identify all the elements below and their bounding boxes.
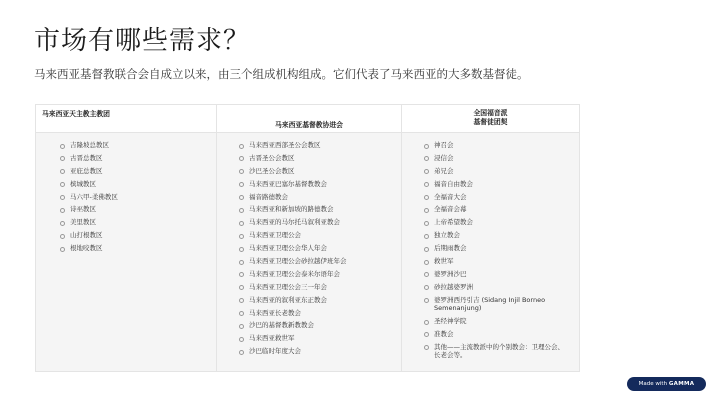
list-item: 沙巴的基督教新教教会 xyxy=(239,321,393,330)
list-item: 其他——主流教派中的个别教会：卫理公会、长老会等。 xyxy=(424,343,569,360)
list-item-label: 马来西亚卫理公会三一年会 xyxy=(249,283,327,291)
list-item-label: 吉隆坡总教区 xyxy=(70,141,109,149)
list-item-label: 马来西亚长老教会 xyxy=(249,309,301,317)
list-item-label: 马来西亚巴塞尔基督教教会 xyxy=(249,180,327,188)
bullet-icon xyxy=(239,195,244,200)
list-item: 救世军 xyxy=(424,257,569,266)
list-item: 婆罗洲西丹引吉 (Sidang Injil Borneo Semenanjung… xyxy=(424,296,569,313)
bullet-icon xyxy=(239,247,244,252)
list-item: 后期雨教会 xyxy=(424,244,569,253)
list-item-label: 马来西亚卫理公会 xyxy=(249,231,301,239)
list-item-label: 准教会 xyxy=(434,330,454,338)
list-item: 马来西亚卫理公会砂拉越伊班年会 xyxy=(239,257,393,266)
list-item-label: 诗巫教区 xyxy=(70,205,96,213)
bullet-icon xyxy=(424,332,429,337)
list-item: 马来西亚长老教会 xyxy=(239,309,393,318)
bullet-icon xyxy=(239,144,244,149)
bullet-icon xyxy=(60,208,65,213)
list-item-label: 弟兄会 xyxy=(434,167,454,175)
list-item-label: 马来西亚西部圣公会教区 xyxy=(249,141,321,149)
list-item-label: 沙巴临时年度大会 xyxy=(249,347,301,355)
list-item: 马来西亚巴塞尔基督教教会 xyxy=(239,180,393,189)
list-item-label: 神召会 xyxy=(434,141,454,149)
list-item-label: 亚庇总教区 xyxy=(70,167,103,175)
bullet-icon xyxy=(424,169,429,174)
bullet-icon xyxy=(424,345,429,350)
page-title: 市场有哪些需求？ xyxy=(34,24,250,58)
list-item: 浸信会 xyxy=(424,154,569,163)
list-item-label: 山打根教区 xyxy=(70,231,103,239)
bullet-icon xyxy=(239,182,244,187)
list-item-label: 马来西亚卫理公会砂拉越伊班年会 xyxy=(249,257,347,265)
necf-list: 神召会浸信会弟兄会福音自由教会全福音大会全福音会幕上帝希望教会独立教会后期雨教会… xyxy=(424,141,571,360)
bullet-icon xyxy=(424,221,429,226)
list-item: 马来西亚卫理公会三一年会 xyxy=(239,283,393,292)
list-item-label: 马来西亚的马尔托马叙利亚教会 xyxy=(249,218,340,226)
bullet-icon xyxy=(424,285,429,290)
list-item-label: 古晋圣公会教区 xyxy=(249,154,295,162)
badge-brand: GAMMA xyxy=(669,381,694,387)
list-item-label: 圣经神学院 xyxy=(434,317,467,325)
column-header-necf-line2: 基督徒团契 xyxy=(402,118,579,127)
list-item-label: 马来西亚救世军 xyxy=(249,334,295,342)
bullet-icon xyxy=(239,169,244,174)
bullet-icon xyxy=(239,221,244,226)
list-item: 福音自由教会 xyxy=(424,180,569,189)
list-item-label: 婆罗洲沙巴 xyxy=(434,270,467,278)
bullet-icon xyxy=(239,311,244,316)
list-item-label: 马来西亚卫理公会华人年会 xyxy=(249,244,327,252)
list-item-label: 马来西亚的叙利亚东正教会 xyxy=(249,296,327,304)
list-item: 沙巴临时年度大会 xyxy=(239,347,393,356)
bullet-icon xyxy=(239,272,244,277)
list-item-label: 美里教区 xyxy=(70,218,96,226)
list-item: 弟兄会 xyxy=(424,167,569,176)
list-item-label: 根地咬教区 xyxy=(70,244,103,252)
list-item: 古晋总教区 xyxy=(60,154,208,163)
made-with-gamma-badge[interactable]: Made with GAMMA xyxy=(627,377,706,391)
page-subtitle: 马来西亚基督教联合会自成立以来，由三个组成机构组成。它们代表了马来西亚的大多数基… xyxy=(34,66,529,82)
list-item: 山打根教区 xyxy=(60,231,208,240)
bullet-icon xyxy=(60,144,65,149)
list-item-label: 马来西亚卫理公会泰米尔语年会 xyxy=(249,270,340,278)
list-item: 独立教会 xyxy=(424,231,569,240)
list-item: 马来西亚西部圣公会教区 xyxy=(239,141,393,150)
bullet-icon xyxy=(60,234,65,239)
list-item: 槟城教区 xyxy=(60,180,208,189)
list-item-label: 上帝希望教会 xyxy=(434,218,473,226)
bullet-icon xyxy=(424,298,429,303)
list-item: 准教会 xyxy=(424,330,569,339)
list-item: 美里教区 xyxy=(60,218,208,227)
list-item-label: 其他——主流教派中的个别教会：卫理公会、长老会等。 xyxy=(434,343,564,360)
list-item: 婆罗洲沙巴 xyxy=(424,270,569,279)
bullet-icon xyxy=(424,247,429,252)
list-item-label: 沙巴的基督教新教教会 xyxy=(249,321,314,329)
list-item: 吉隆坡总教区 xyxy=(60,141,208,150)
list-item: 马来西亚卫理公会泰米尔语年会 xyxy=(239,270,393,279)
list-item: 诗巫教区 xyxy=(60,205,208,214)
list-item: 马来西亚的叙利亚东正教会 xyxy=(239,296,393,305)
bullet-icon xyxy=(239,298,244,303)
list-item: 福音路德教会 xyxy=(239,193,393,202)
bullet-icon xyxy=(424,234,429,239)
catholic-list: 吉隆坡总教区古晋总教区亚庇总教区槟城教区马六甲-柔佛教区诗巫教区美里教区山打根教… xyxy=(60,141,208,253)
list-item: 马来西亚卫理公会 xyxy=(239,231,393,240)
list-item: 古晋圣公会教区 xyxy=(239,154,393,163)
list-item-label: 福音自由教会 xyxy=(434,180,473,188)
column-header-necf-line1: 全国福音派 xyxy=(402,109,579,118)
bullet-icon xyxy=(239,324,244,329)
column-cell-catholic: 吉隆坡总教区古晋总教区亚庇总教区槟城教区马六甲-柔佛教区诗巫教区美里教区山打根教… xyxy=(36,133,216,371)
list-item: 上帝希望教会 xyxy=(424,218,569,227)
bullet-icon xyxy=(239,156,244,161)
bullet-icon xyxy=(239,208,244,213)
list-item-label: 古晋总教区 xyxy=(70,154,103,162)
bullet-icon xyxy=(239,285,244,290)
list-item: 神召会 xyxy=(424,141,569,150)
bullet-icon xyxy=(424,156,429,161)
list-item-label: 砂拉越婆罗洲 xyxy=(434,283,473,291)
list-item: 马来西亚卫理公会华人年会 xyxy=(239,244,393,253)
list-item-label: 槟城教区 xyxy=(70,180,96,188)
list-item-label: 马六甲-柔佛教区 xyxy=(70,193,118,201)
list-item: 马来西亚和新加坡的路德教会 xyxy=(239,205,393,214)
list-item: 根地咬教区 xyxy=(60,244,208,253)
bullet-icon xyxy=(424,208,429,213)
list-item-label: 婆罗洲西丹引吉 (Sidang Injil Borneo Semenanjung… xyxy=(434,296,545,313)
column-header-necf: 全国福音派 基督徒团契 xyxy=(401,105,579,133)
bullet-icon xyxy=(60,169,65,174)
list-item-label: 独立教会 xyxy=(434,231,460,239)
bullet-icon xyxy=(424,182,429,187)
bullet-icon xyxy=(60,182,65,187)
list-item-label: 马来西亚和新加坡的路德教会 xyxy=(249,205,334,213)
bullet-icon xyxy=(239,350,244,355)
list-item: 马来西亚救世军 xyxy=(239,334,393,343)
list-item: 圣经神学院 xyxy=(424,317,569,326)
list-item: 全福音会幕 xyxy=(424,205,569,214)
column-header-ccm: 马来西亚基督教协进会 xyxy=(216,105,401,133)
column-cell-ccm: 马来西亚西部圣公会教区古晋圣公会教区沙巴圣公会教区马来西亚巴塞尔基督教教会福音路… xyxy=(216,133,401,371)
list-item-label: 浸信会 xyxy=(434,154,454,162)
column-cell-necf: 神召会浸信会弟兄会福音自由教会全福音大会全福音会幕上帝希望教会独立教会后期雨教会… xyxy=(401,133,579,371)
list-item: 砂拉越婆罗洲 xyxy=(424,283,569,292)
organizations-table: 马来西亚天主教主教团 马来西亚基督教协进会 全国福音派 基督徒团契 吉隆坡总教区… xyxy=(35,104,580,372)
list-item: 全福音大会 xyxy=(424,193,569,202)
ccm-list: 马来西亚西部圣公会教区古晋圣公会教区沙巴圣公会教区马来西亚巴塞尔基督教教会福音路… xyxy=(239,141,393,356)
bullet-icon xyxy=(239,337,244,342)
list-item: 沙巴圣公会教区 xyxy=(239,167,393,176)
bullet-icon xyxy=(60,156,65,161)
list-item-label: 福音路德教会 xyxy=(249,193,288,201)
list-item-label: 救世军 xyxy=(434,257,454,265)
list-item-label: 全福音大会 xyxy=(434,193,467,201)
badge-prefix: Made with xyxy=(639,381,669,387)
bullet-icon xyxy=(424,260,429,265)
bullet-icon xyxy=(424,195,429,200)
list-item-label: 全福音会幕 xyxy=(434,205,467,213)
bullet-icon xyxy=(424,320,429,325)
list-item: 亚庇总教区 xyxy=(60,167,208,176)
bullet-icon xyxy=(424,144,429,149)
bullet-icon xyxy=(424,272,429,277)
list-item: 马来西亚的马尔托马叙利亚教会 xyxy=(239,218,393,227)
list-item-label: 后期雨教会 xyxy=(434,244,467,252)
bullet-icon xyxy=(60,221,65,226)
bullet-icon xyxy=(60,247,65,252)
bullet-icon xyxy=(60,195,65,200)
list-item-label: 沙巴圣公会教区 xyxy=(249,167,295,175)
list-item: 马六甲-柔佛教区 xyxy=(60,193,208,202)
bullet-icon xyxy=(239,260,244,265)
column-header-catholic: 马来西亚天主教主教团 xyxy=(36,105,216,133)
bullet-icon xyxy=(239,234,244,239)
